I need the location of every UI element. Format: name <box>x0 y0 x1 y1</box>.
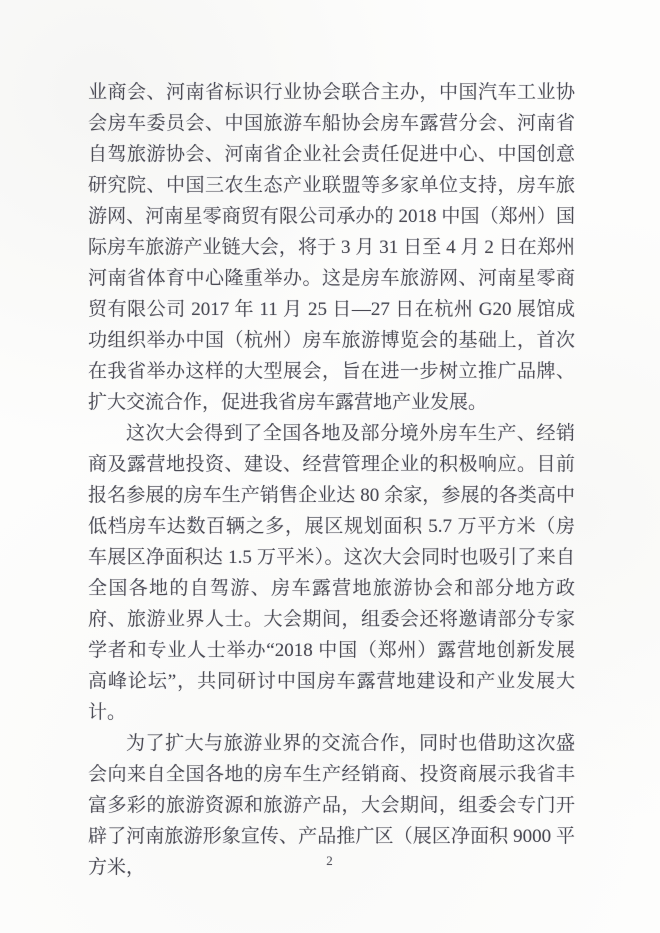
paragraph-continuation: 业商会、河南省标识行业协会联合主办，中国汽车工业协会房车委员会、中国旅游车船协会… <box>88 77 575 418</box>
scanned-document-page: { "document": { "paragraphs": [ { "inden… <box>0 0 660 933</box>
page-number: 2 <box>0 853 660 869</box>
document-body: 业商会、河南省标识行业协会联合主办，中国汽车工业协会房车委员会、中国旅游车船协会… <box>88 77 575 883</box>
paragraph: 这次大会得到了全国各地及部分境外房车生产、经销商及露营地投资、建设、经营管理企业… <box>88 418 575 728</box>
